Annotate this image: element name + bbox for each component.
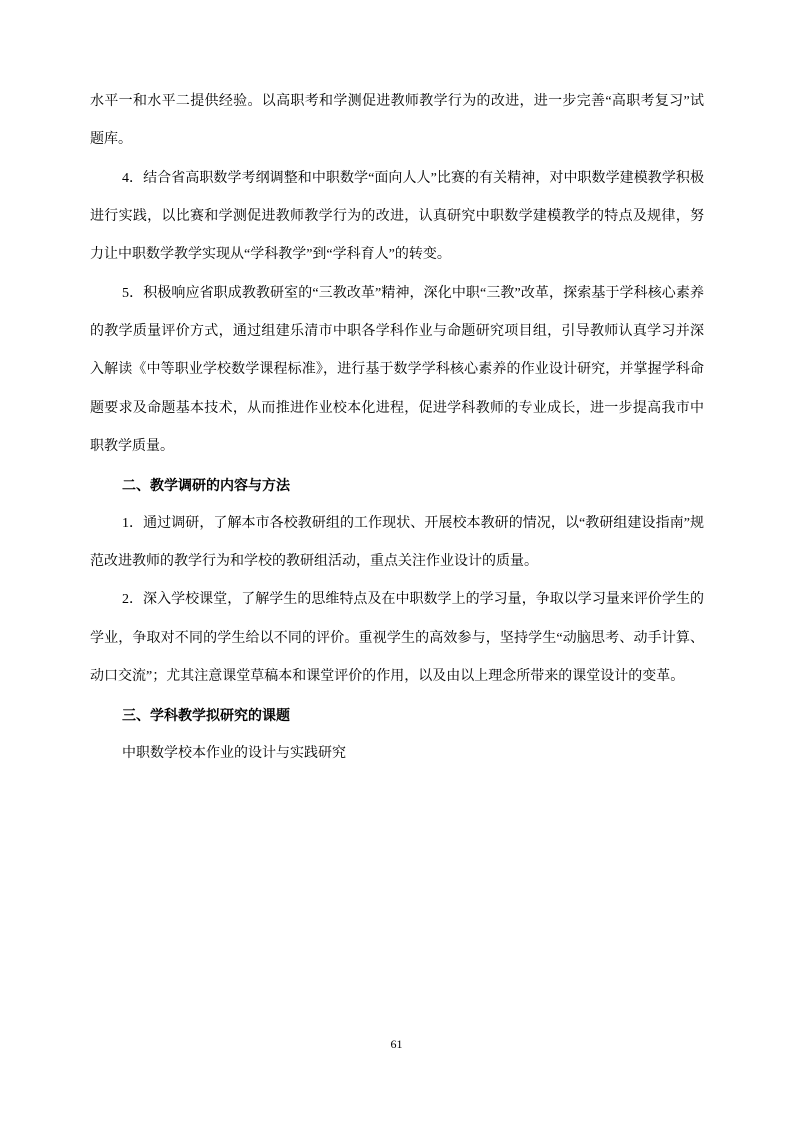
- document-page: 水平一和水平二提供经验。以高职考和学测促进教师教学行为的改进，进一步完善“高职考…: [0, 0, 793, 1122]
- paragraph-item-2: 2．深入学校课堂，了解学生的思维特点及在中职数学上的学习量，争取以学习量来评价学…: [90, 581, 704, 696]
- section-heading-3: 三、学科教学拟研究的课题: [90, 696, 704, 734]
- paragraph-item-5: 5．积极响应省职成教教研室的“三教改革”精神，深化中职“三教”改革，探索基于学科…: [90, 275, 704, 467]
- research-topic-line: 中职数学校本作业的设计与实践研究: [90, 735, 704, 773]
- paragraph-item-4: 4．结合省高职数学考纲调整和中职数学“面向人人”比赛的有关精神，对中职数学建模教…: [90, 160, 704, 275]
- document-body: 水平一和水平二提供经验。以高职考和学测促进教师教学行为的改进，进一步完善“高职考…: [90, 83, 704, 773]
- page-number: 61: [0, 1036, 793, 1052]
- paragraph-item-1: 1．通过调研，了解本市各校教研组的工作现状、开展校本教研的情况，以“教研组建设指…: [90, 505, 704, 582]
- section-heading-2: 二、教学调研的内容与方法: [90, 466, 704, 504]
- paragraph-continuation: 水平一和水平二提供经验。以高职考和学测促进教师教学行为的改进，进一步完善“高职考…: [90, 83, 704, 160]
